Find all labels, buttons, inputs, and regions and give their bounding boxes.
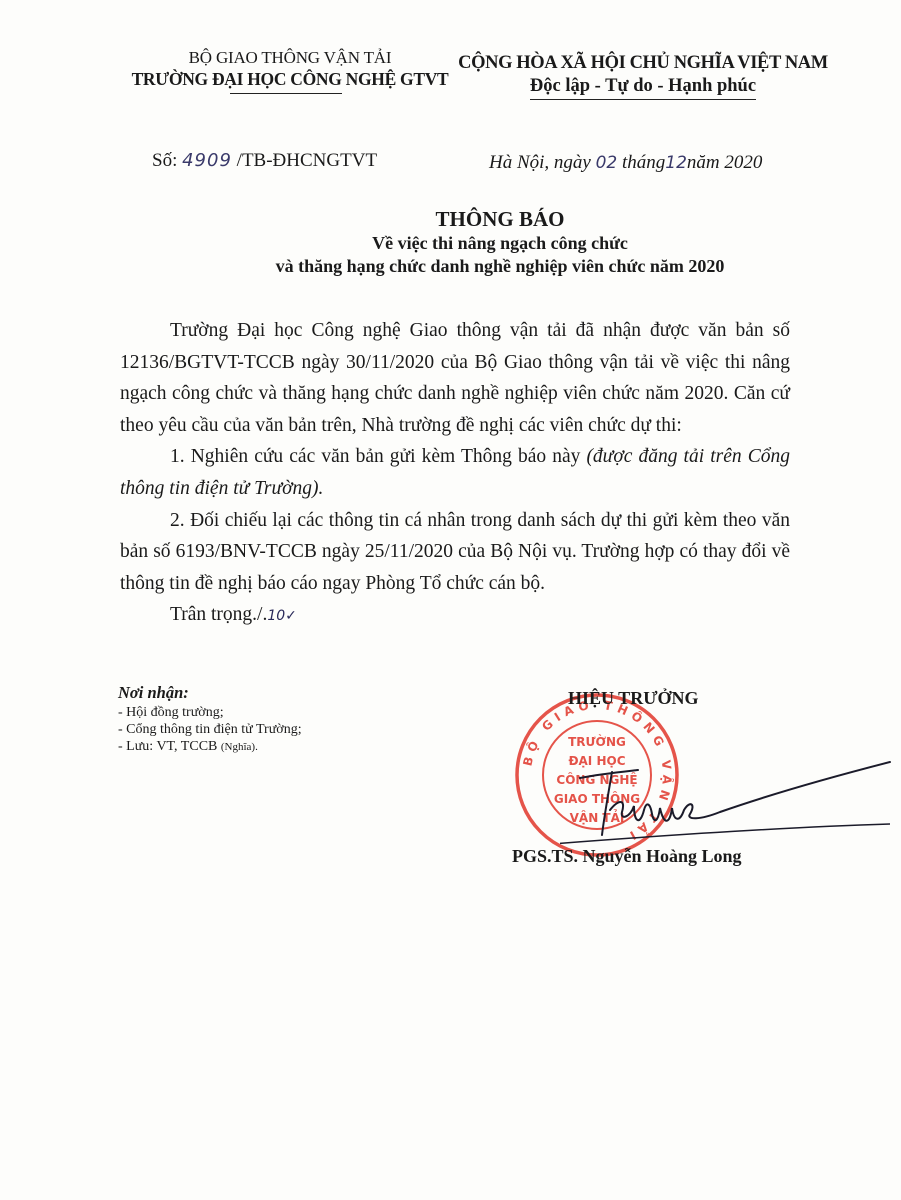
date-month-prefix: tháng <box>622 152 665 173</box>
document-number-suffix: /TB-ĐHCNGTVT <box>237 150 377 171</box>
body-closing: Trân trọng./.10✓ <box>120 599 790 633</box>
title-subtitle-1: Về việc thi nâng ngạch công chức <box>200 232 800 255</box>
recipient-item: - Cổng thông tin điện tử Trường; <box>118 721 418 738</box>
checkmark-icon: ✓ <box>285 608 297 624</box>
national-header: CỘNG HÒA XÃ HỘI CHỦ NGHĨA VIỆT NAM Độc l… <box>458 52 828 100</box>
date-month: 12 <box>665 153 687 173</box>
header-divider <box>230 93 342 94</box>
date-year: năm 2020 <box>687 152 762 173</box>
recipient-item: - Lưu: VT, TCCB (Nghĩa). <box>118 738 418 756</box>
document-body: Trường Đại học Công nghệ Giao thông vận … <box>120 315 790 633</box>
date-prefix: Hà Nội, ngày <box>489 152 591 173</box>
country-name: CỘNG HÒA XÃ HỘI CHỦ NGHĨA VIỆT NAM <box>458 52 828 74</box>
closing-text: Trân trọng./. <box>170 604 267 625</box>
document-date: Hà Nội, ngày 02 tháng12năm 2020 <box>489 152 762 174</box>
recipients-heading: Nơi nhận: <box>118 682 418 704</box>
ministry-name: BỘ GIAO THÔNG VẬN TẢI <box>120 48 460 68</box>
issuing-authority: BỘ GIAO THÔNG VẬN TẢI TRƯỜNG ĐẠI HỌC CÔN… <box>120 48 460 94</box>
body-intro: Trường Đại học Công nghệ Giao thông vận … <box>120 315 790 441</box>
title-subtitle-2: và thăng hạng chức danh nghề nghiệp viên… <box>200 255 800 278</box>
document-title: THÔNG BÁO Về việc thi nâng ngạch công ch… <box>200 206 800 278</box>
document-number-prefix: Số: <box>152 150 177 171</box>
signer-title: HIỆU TRƯỞNG <box>568 688 699 709</box>
signature-icon <box>560 740 900 860</box>
body-item-2: 2. Đối chiếu lại các thông tin cá nhân t… <box>120 505 790 600</box>
recipient-item: - Hội đồng trường; <box>118 704 418 721</box>
document-number: Số: 4909 /TB-ĐHCNGTVT <box>152 150 377 172</box>
recipient-note: (Nghĩa). <box>221 741 258 753</box>
recipients: Nơi nhận: - Hội đồng trường; - Cổng thôn… <box>118 682 418 756</box>
closing-handwritten-mark: 10 <box>267 608 285 624</box>
school-name: TRƯỜNG ĐẠI HỌC CÔNG NGHỆ GTVT <box>120 68 460 90</box>
item-1-text: 1. Nghiên cứu các văn bản gửi kèm Thông … <box>170 446 586 467</box>
title-heading: THÔNG BÁO <box>200 206 800 232</box>
body-item-1: 1. Nghiên cứu các văn bản gửi kèm Thông … <box>120 441 790 504</box>
signer-name: PGS.TS. Nguyễn Hoàng Long <box>512 846 742 867</box>
document-number-handwritten: 4909 <box>182 150 232 171</box>
date-day: 02 <box>596 153 618 173</box>
national-motto: Độc lập - Tự do - Hạnh phúc <box>530 74 756 100</box>
